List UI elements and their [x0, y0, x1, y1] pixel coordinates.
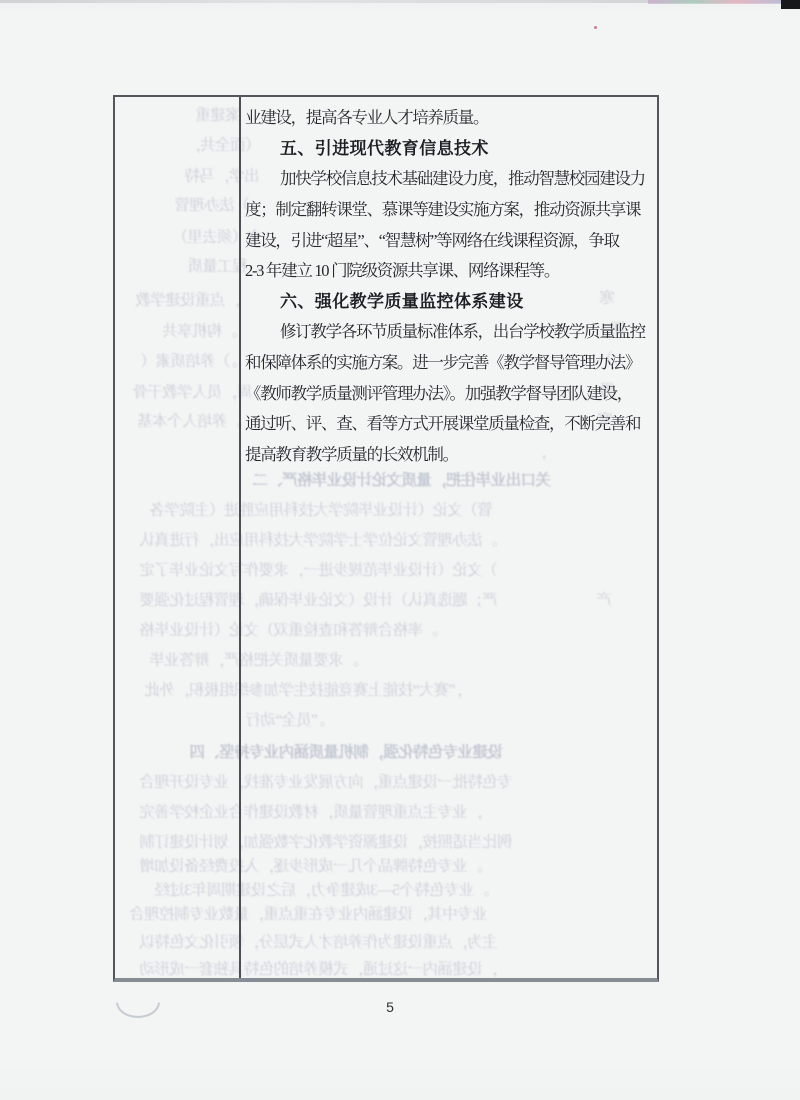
section-heading-5: 五、引进现代教育信息技术: [245, 132, 651, 163]
section-heading-6: 六、强化教学质量监控体系建设: [245, 285, 651, 316]
text-line: 和保障体系的实施方案。进一步完善《教学督导管理办法》: [245, 346, 651, 377]
text-line: 度；制定翻转课堂、慕课等建设实施方案，推动资源共享课: [245, 193, 651, 224]
table-right-column-cell: 业建设，提高各专业人才培养质量。 五、引进现代教育信息技术 加快学校信息技术基础…: [241, 97, 657, 978]
scanned-page: 案建重（面全共，出学，马特。）法办理管文（须去里）。程工量质，点重设建学教。构机…: [0, 0, 800, 1100]
text-line: 2-3 年建立 10 门院级资源共享课、网络课程等。: [245, 254, 651, 285]
table-left-column-cell: [115, 97, 241, 978]
text-line: 业建设，提高各专业人才培养质量。: [245, 101, 651, 132]
text-line: 加快学校信息技术基础建设力度，推动智慧校园建设力: [245, 162, 651, 193]
text-line: 《教师教学质量测评管理办法》。加强教学督导团队建设，: [245, 376, 651, 407]
text-line: 修订教学各环节质量标准体系，出台学校教学质量监控: [245, 315, 651, 346]
text-line: 建设，引进“超星”、“智慧树”等网络在线课程资源，争取: [245, 223, 651, 254]
text-line: 提高教育教学质量的长效机制。: [245, 438, 651, 469]
page-number: 5: [355, 999, 425, 1015]
text-line: 通过听、评、查、看等方式开展课堂质量检查，不断完善和: [245, 407, 651, 438]
document-table: 业建设，提高各专业人才培养质量。 五、引进现代教育信息技术 加快学校信息技术基础…: [113, 95, 659, 982]
